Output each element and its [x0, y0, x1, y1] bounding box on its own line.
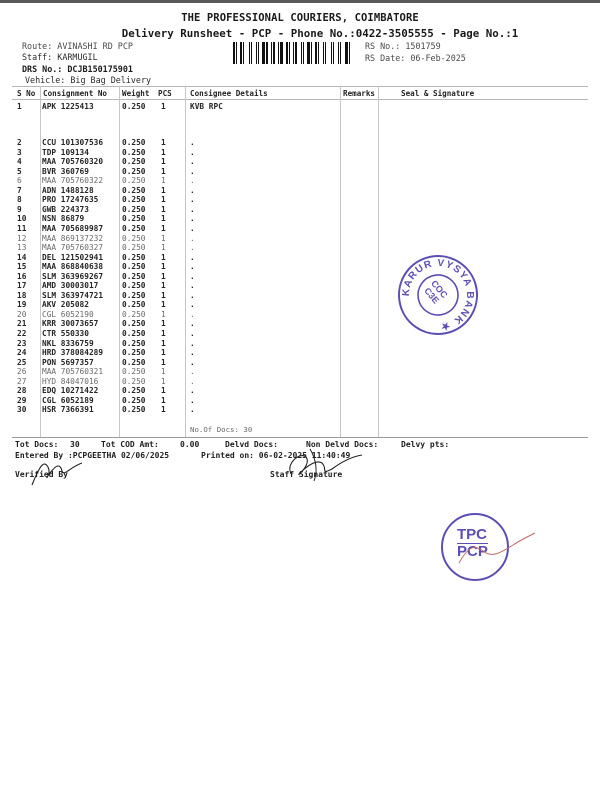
cell-weight: 0.250	[122, 272, 145, 281]
cell-pcs: 1	[161, 234, 166, 243]
cell-pcs: 1	[161, 205, 166, 214]
cell-weight: 0.250	[122, 243, 145, 252]
cell-pcs: 1	[161, 138, 166, 147]
cell-pcs: 1	[161, 243, 166, 252]
cell-pcs: 1	[161, 300, 166, 309]
cell-consignee: .	[190, 329, 195, 338]
cell-consignee: .	[190, 319, 195, 328]
cell-pcs: 1	[161, 224, 166, 233]
cell-weight: 0.250	[122, 186, 145, 195]
cell-consignment: EDQ 10271422	[42, 386, 98, 395]
karur-vysya-bank-stamp: KARUR VYSYA BANK ★ COC C3E	[392, 249, 485, 342]
stamp-overscribble	[453, 529, 543, 569]
staff: Staff: KARMUGIL	[22, 52, 98, 62]
cell-sno: 21	[17, 319, 26, 328]
col-header-remarks: Remarks	[343, 89, 375, 98]
cell-consignment: TDP 109134	[42, 148, 89, 157]
cell-pcs: 1	[161, 396, 166, 405]
cell-weight: 0.250	[122, 138, 145, 147]
cell-pcs: 1	[161, 195, 166, 204]
cell-weight: 0.250	[122, 377, 145, 386]
cell-pcs: 1	[161, 176, 166, 185]
cell-pcs: 1	[161, 253, 166, 262]
cell-consignee: .	[190, 148, 195, 157]
cell-pcs: 1	[161, 319, 166, 328]
cell-weight: 0.250	[122, 167, 145, 176]
cell-sno: 6	[17, 176, 22, 185]
cell-weight: 0.250	[122, 329, 145, 338]
cell-weight: 0.250	[122, 339, 145, 348]
cell-consignee: .	[190, 243, 195, 252]
cell-consignment: AMD 30003017	[42, 281, 98, 290]
scan-top-edge	[0, 0, 600, 3]
cell-consignment: MAA 869137232	[42, 234, 103, 243]
tot-cod-label: Tot COD Amt:	[101, 440, 159, 449]
table-bottom-border	[12, 437, 588, 438]
cell-pcs: 1	[161, 405, 166, 414]
cell-consignee: .	[190, 167, 195, 176]
rs-date: RS Date: 06-Feb-2025	[365, 53, 466, 63]
tot-cod-value: 0.00	[180, 440, 199, 449]
cell-weight: 0.250	[122, 310, 145, 319]
cell-pcs: 1	[161, 291, 166, 300]
cell-consignee: .	[190, 339, 195, 348]
cell-consignee: .	[190, 396, 195, 405]
cell-sno: 13	[17, 243, 26, 252]
cell-consignee: .	[190, 234, 195, 243]
cell-consignment: SLM 363969267	[42, 272, 103, 281]
cell-consignee: .	[190, 281, 195, 290]
cell-consignment: CGL 6052189	[42, 396, 94, 405]
cell-sno: 27	[17, 377, 26, 386]
cell-consignment: MAA 705760322	[42, 176, 103, 185]
cell-consignee: .	[190, 291, 195, 300]
cell-pcs: 1	[161, 358, 166, 367]
col-divider	[40, 86, 41, 437]
cell-consignee: .	[190, 300, 195, 309]
cell-sno: 1	[17, 102, 22, 111]
cell-sno: 30	[17, 405, 26, 414]
cell-weight: 0.250	[122, 176, 145, 185]
cell-consignee: .	[190, 205, 195, 214]
cell-weight: 0.250	[122, 358, 145, 367]
cell-sno: 4	[17, 157, 22, 166]
cell-sno: 15	[17, 262, 26, 271]
cell-weight: 0.250	[122, 300, 145, 309]
cell-consignment: HYD 84047016	[42, 377, 98, 386]
cell-weight: 0.250	[122, 281, 145, 290]
col-header-sno: S No	[17, 89, 35, 98]
cell-weight: 0.250	[122, 157, 145, 166]
vehicle: Vehicle: Big Bag Delivery	[25, 75, 151, 85]
cell-consignment: CCU 101307536	[42, 138, 103, 147]
runsheet-title: Delivery Runsheet - PCP - Phone No.:0422…	[0, 27, 600, 40]
cell-pcs: 1	[161, 329, 166, 338]
cell-weight: 0.250	[122, 205, 145, 214]
cell-consignment: GWB 224373	[42, 205, 89, 214]
cell-pcs: 1	[161, 281, 166, 290]
cell-weight: 0.250	[122, 253, 145, 262]
verifier-signature	[22, 455, 92, 490]
cell-consignment: MAA 705760321	[42, 367, 103, 376]
cell-consignee: KVB RPC	[190, 102, 223, 111]
cell-consignment: HRD 378084289	[42, 348, 103, 357]
cell-weight: 0.250	[122, 319, 145, 328]
cell-consignment: SLM 363974721	[42, 291, 103, 300]
cell-weight: 0.250	[122, 214, 145, 223]
barcode	[233, 42, 360, 64]
cell-consignee: .	[190, 195, 195, 204]
cell-consignment: MAA 705760327	[42, 243, 103, 252]
cell-sno: 9	[17, 205, 22, 214]
cell-pcs: 1	[161, 367, 166, 376]
cell-pcs: 1	[161, 186, 166, 195]
cell-consignee: .	[190, 262, 195, 271]
company-title: THE PROFESSIONAL COURIERS, COIMBATORE	[0, 12, 600, 24]
col-divider	[340, 86, 341, 437]
drs-number: DRS No.: DCJB150175901	[22, 64, 133, 74]
cell-consignee: .	[190, 272, 195, 281]
tpc-pcp-stamp: TPC PCP	[441, 513, 509, 581]
cell-consignment: NSN 86879	[42, 214, 84, 223]
col-header-seal-signature: Seal & Signature	[401, 89, 474, 98]
table-top-border	[12, 86, 588, 87]
col-divider	[378, 86, 379, 437]
cell-consignment: AKV 205082	[42, 300, 89, 309]
cell-sno: 17	[17, 281, 26, 290]
cell-consignee: .	[190, 176, 195, 185]
delvd-docs: Delvd Docs:	[225, 440, 278, 449]
rs-number: RS No.: 1501759	[365, 41, 441, 51]
cell-sno: 29	[17, 396, 26, 405]
cell-sno: 12	[17, 234, 26, 243]
cell-weight: 0.250	[122, 291, 145, 300]
cell-consignee: .	[190, 377, 195, 386]
route: Route: AVINASHI RD PCP	[22, 41, 133, 51]
tot-docs-label: Tot Docs:	[15, 440, 58, 449]
cell-consignee: .	[190, 310, 195, 319]
cell-sno: 18	[17, 291, 26, 300]
cell-pcs: 1	[161, 386, 166, 395]
cell-sno: 3	[17, 148, 22, 157]
cell-pcs: 1	[161, 377, 166, 386]
cell-sno: 20	[17, 310, 26, 319]
cell-consignee: .	[190, 224, 195, 233]
cell-sno: 22	[17, 329, 26, 338]
cell-pcs: 1	[161, 148, 166, 157]
cell-sno: 8	[17, 195, 22, 204]
cell-consignee: .	[190, 367, 195, 376]
delvy-pts: Delvy pts:	[401, 440, 449, 449]
cell-consignment: MAA 705689987	[42, 224, 103, 233]
col-divider	[185, 86, 186, 437]
cell-weight: 0.250	[122, 102, 145, 111]
cell-consignment: MAA 705760320	[42, 157, 103, 166]
no-of-docs: No.Of Docs: 30	[190, 425, 252, 434]
cell-sno: 10	[17, 214, 26, 223]
cell-consignee: .	[190, 348, 195, 357]
cell-consignment: PON 5697357	[42, 358, 94, 367]
cell-weight: 0.250	[122, 262, 145, 271]
cell-consignment: NKL 8336759	[42, 339, 94, 348]
cell-consignee: .	[190, 138, 195, 147]
cell-pcs: 1	[161, 167, 166, 176]
cell-pcs: 1	[161, 214, 166, 223]
cell-weight: 0.250	[122, 396, 145, 405]
cell-consignee: .	[190, 157, 195, 166]
cell-sno: 14	[17, 253, 26, 262]
cell-consignee: .	[190, 253, 195, 262]
cell-sno: 11	[17, 224, 26, 233]
cell-weight: 0.250	[122, 367, 145, 376]
staff-handwritten-signature	[280, 445, 370, 485]
cell-consignment: ADN 1488128	[42, 186, 94, 195]
cell-consignment: CTR 550330	[42, 329, 89, 338]
cell-consignment: MAA 868840638	[42, 262, 103, 271]
cell-consignment: CGL 6052190	[42, 310, 94, 319]
col-divider	[119, 86, 120, 437]
cell-weight: 0.250	[122, 234, 145, 243]
cell-consignee: .	[190, 386, 195, 395]
cell-consignee: .	[190, 214, 195, 223]
cell-sno: 16	[17, 272, 26, 281]
col-header-weight: Weight	[122, 89, 149, 98]
col-header-consignee: Consignee Details	[190, 89, 268, 98]
col-header-pcs: PCS	[158, 89, 172, 98]
cell-pcs: 1	[161, 262, 166, 271]
table-header-border	[12, 99, 588, 100]
cell-weight: 0.250	[122, 195, 145, 204]
cell-pcs: 1	[161, 310, 166, 319]
cell-weight: 0.250	[122, 224, 145, 233]
cell-pcs: 1	[161, 157, 166, 166]
cell-pcs: 1	[161, 348, 166, 357]
cell-consignment: KRR 30073657	[42, 319, 98, 328]
cell-sno: 2	[17, 138, 22, 147]
cell-consignment: PRO 17247635	[42, 195, 98, 204]
col-header-consignment: Consignment No	[43, 89, 107, 98]
cell-consignment: DEL 121502941	[42, 253, 103, 262]
cell-pcs: 1	[161, 339, 166, 348]
cell-sno: 28	[17, 386, 26, 395]
cell-consignee: .	[190, 186, 195, 195]
cell-sno: 19	[17, 300, 26, 309]
cell-weight: 0.250	[122, 148, 145, 157]
cell-weight: 0.250	[122, 405, 145, 414]
cell-weight: 0.250	[122, 348, 145, 357]
cell-consignee: .	[190, 405, 195, 414]
cell-sno: 5	[17, 167, 22, 176]
cell-consignment: BVR 360769	[42, 167, 89, 176]
cell-weight: 0.250	[122, 386, 145, 395]
cell-sno: 26	[17, 367, 26, 376]
cell-sno: 24	[17, 348, 26, 357]
cell-pcs: 1	[161, 102, 166, 111]
cell-sno: 7	[17, 186, 22, 195]
cell-sno: 23	[17, 339, 26, 348]
cell-sno: 25	[17, 358, 26, 367]
cell-consignee: .	[190, 358, 195, 367]
tot-docs-value: 30	[70, 440, 80, 449]
cell-pcs: 1	[161, 272, 166, 281]
cell-consignment: HSR 7366391	[42, 405, 94, 414]
cell-consignment: APK 1225413	[42, 102, 94, 111]
